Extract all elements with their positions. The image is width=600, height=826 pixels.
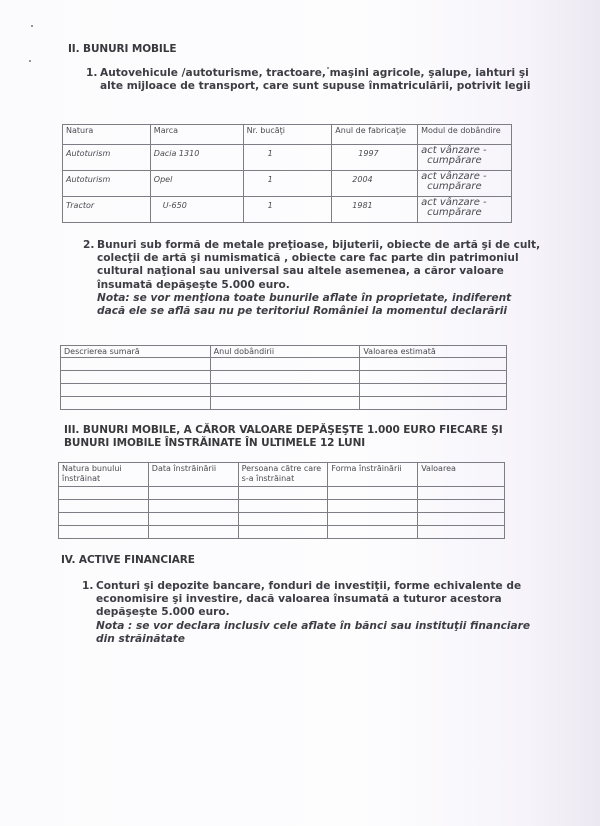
item-text-line: colecţii de artă şi numismatică , obiect…	[97, 252, 503, 265]
cell-an: 1981	[332, 197, 418, 223]
empty-cell	[238, 526, 328, 539]
section-iv-item-1: 1. Conturi şi depozite bancare, fonduri …	[96, 580, 500, 646]
header-natura-bunului: Natura bunului înstrăinat	[59, 463, 149, 487]
empty-cell	[61, 384, 211, 397]
section-ii-title: II. BUNURI MOBILE	[68, 43, 176, 55]
table-row	[61, 384, 507, 397]
header-forma-instrainarii: Forma înstrăinării	[328, 463, 418, 487]
table-row	[59, 487, 505, 500]
item-text-line: cultural naţional sau universal sau alte…	[97, 265, 503, 278]
cell-an: 2004	[332, 171, 418, 197]
cell-marca: U-650	[150, 197, 243, 223]
empty-cell	[360, 397, 507, 410]
empty-cell	[59, 513, 149, 526]
empty-cell	[238, 513, 328, 526]
cell-mod: act vânzare -cumpărare	[418, 145, 512, 171]
valuables-table: Descrierea sumară Anul dobândirii Valoar…	[60, 345, 507, 410]
header-anul-dobandirii: Anul dobândirii	[210, 346, 360, 358]
section-iii-title-line: BUNURI IMOBILE ÎNSTRĂINATE ÎN ULTIMELE 1…	[64, 437, 503, 450]
cell-natura: Tractor	[63, 197, 151, 223]
cell-natura: Autoturism	[63, 145, 151, 171]
empty-cell	[360, 384, 507, 397]
item-text-line: economisire şi investire, dacă valoarea …	[96, 593, 500, 606]
scan-speck	[327, 67, 329, 69]
item-text-line: însumată depăşeşte 5.000 euro.	[97, 279, 503, 292]
table-row	[61, 371, 507, 384]
empty-cell	[328, 513, 418, 526]
empty-cell	[418, 487, 505, 500]
mod-line: cumpărare	[421, 182, 508, 192]
item-text-line: Conturi şi depozite bancare, fonduri de …	[96, 580, 500, 593]
empty-cell	[148, 487, 238, 500]
scan-speck	[29, 60, 31, 62]
item-number: 1.	[82, 580, 93, 593]
item-text-line: Bunuri sub formă de metale preţioase, bi…	[97, 239, 503, 252]
empty-cell	[328, 500, 418, 513]
table-header-row: Natura Marca Nr. bucăţi Anul de fabricaţ…	[63, 125, 512, 145]
empty-cell	[210, 384, 360, 397]
header-marca: Marca	[150, 125, 243, 145]
note-line: dacă ele se află sau nu pe teritoriul Ro…	[97, 305, 503, 318]
section-iii-title-line: III. BUNURI MOBILE, A CĂROR VALOARE DEPĂ…	[64, 424, 503, 437]
table-header-row: Natura bunului înstrăinat Data înstrăină…	[59, 463, 505, 487]
section-iii-title: III. BUNURI MOBILE, A CĂROR VALOARE DEPĂ…	[64, 424, 503, 450]
section-ii-item-2: 2. Bunuri sub formă de metale preţioase,…	[97, 239, 503, 318]
alienated-goods-table: Natura bunului înstrăinat Data înstrăină…	[58, 462, 505, 539]
mod-line: cumpărare	[421, 208, 508, 218]
empty-cell	[61, 397, 211, 410]
table-header-row: Descrierea sumară Anul dobândirii Valoar…	[61, 346, 507, 358]
empty-cell	[238, 487, 328, 500]
empty-cell	[148, 526, 238, 539]
section-ii-item-1: 1. Autovehicule /autoturisme, tractoare,…	[100, 67, 500, 93]
table-row: Tractor U-650 1 1981 act vânzare -cumpăr…	[63, 197, 512, 223]
empty-cell	[61, 358, 211, 371]
cell-natura: Autoturism	[63, 171, 151, 197]
header-anul-fabricatie: Anul de fabricaţie	[332, 125, 418, 145]
empty-cell	[210, 397, 360, 410]
table-row: Autoturism Dacia 1310 1 1997 act vânzare…	[63, 145, 512, 171]
empty-cell	[360, 371, 507, 384]
empty-cell	[210, 358, 360, 371]
table-row	[61, 397, 507, 410]
item-number: 2.	[83, 239, 94, 252]
header-nr-bucati: Nr. bucăţi	[243, 125, 332, 145]
section-iv-title: IV. ACTIVE FINANCIARE	[61, 554, 195, 566]
empty-cell	[210, 371, 360, 384]
empty-cell	[59, 500, 149, 513]
vehicles-table: Natura Marca Nr. bucăţi Anul de fabricaţ…	[62, 124, 512, 223]
empty-cell	[360, 358, 507, 371]
header-valoarea: Valoarea	[418, 463, 505, 487]
cell-nr: 1	[243, 145, 332, 171]
empty-cell	[148, 513, 238, 526]
table-row	[61, 358, 507, 371]
table-row	[59, 500, 505, 513]
scan-speck	[31, 25, 33, 27]
item-text-line: depăşeşte 5.000 euro.	[96, 606, 500, 619]
cell-an: 1997	[332, 145, 418, 171]
empty-cell	[61, 371, 211, 384]
cell-mod: act vânzare -cumpărare	[418, 171, 512, 197]
empty-cell	[418, 513, 505, 526]
header-valoarea-estimata: Valoarea estimată	[360, 346, 507, 358]
header-modul-dobandire: Modul de dobândire	[418, 125, 512, 145]
empty-cell	[418, 526, 505, 539]
note-line: Nota: se vor menţiona toate bunurile afl…	[97, 292, 503, 305]
empty-cell	[59, 526, 149, 539]
empty-cell	[238, 500, 328, 513]
empty-cell	[59, 487, 149, 500]
empty-cell	[328, 526, 418, 539]
cell-marca: Dacia 1310	[150, 145, 243, 171]
mod-line: cumpărare	[421, 156, 508, 166]
header-descrierea: Descrierea sumară	[61, 346, 211, 358]
empty-cell	[418, 500, 505, 513]
table-row	[59, 513, 505, 526]
cell-mod: act vânzare -cumpărare	[418, 197, 512, 223]
cell-nr: 1	[243, 197, 332, 223]
empty-cell	[148, 500, 238, 513]
header-natura: Natura	[63, 125, 151, 145]
item-number: 1.	[86, 67, 97, 80]
empty-cell	[328, 487, 418, 500]
header-data-instrainarii: Data înstrăinării	[148, 463, 238, 487]
note-line: din străinătate	[96, 633, 500, 646]
cell-marca: Opel	[150, 171, 243, 197]
item-text-line: Autovehicule /autoturisme, tractoare, ma…	[100, 67, 500, 80]
note-line: Nota : se vor declara inclusiv cele afla…	[96, 620, 500, 633]
table-row: Autoturism Opel 1 2004 act vânzare -cump…	[63, 171, 512, 197]
header-persoana: Persoana către care s-a înstrăinat	[238, 463, 328, 487]
cell-nr: 1	[243, 171, 332, 197]
table-row	[59, 526, 505, 539]
item-text-line: alte mijloace de transport, care sunt su…	[100, 80, 500, 93]
